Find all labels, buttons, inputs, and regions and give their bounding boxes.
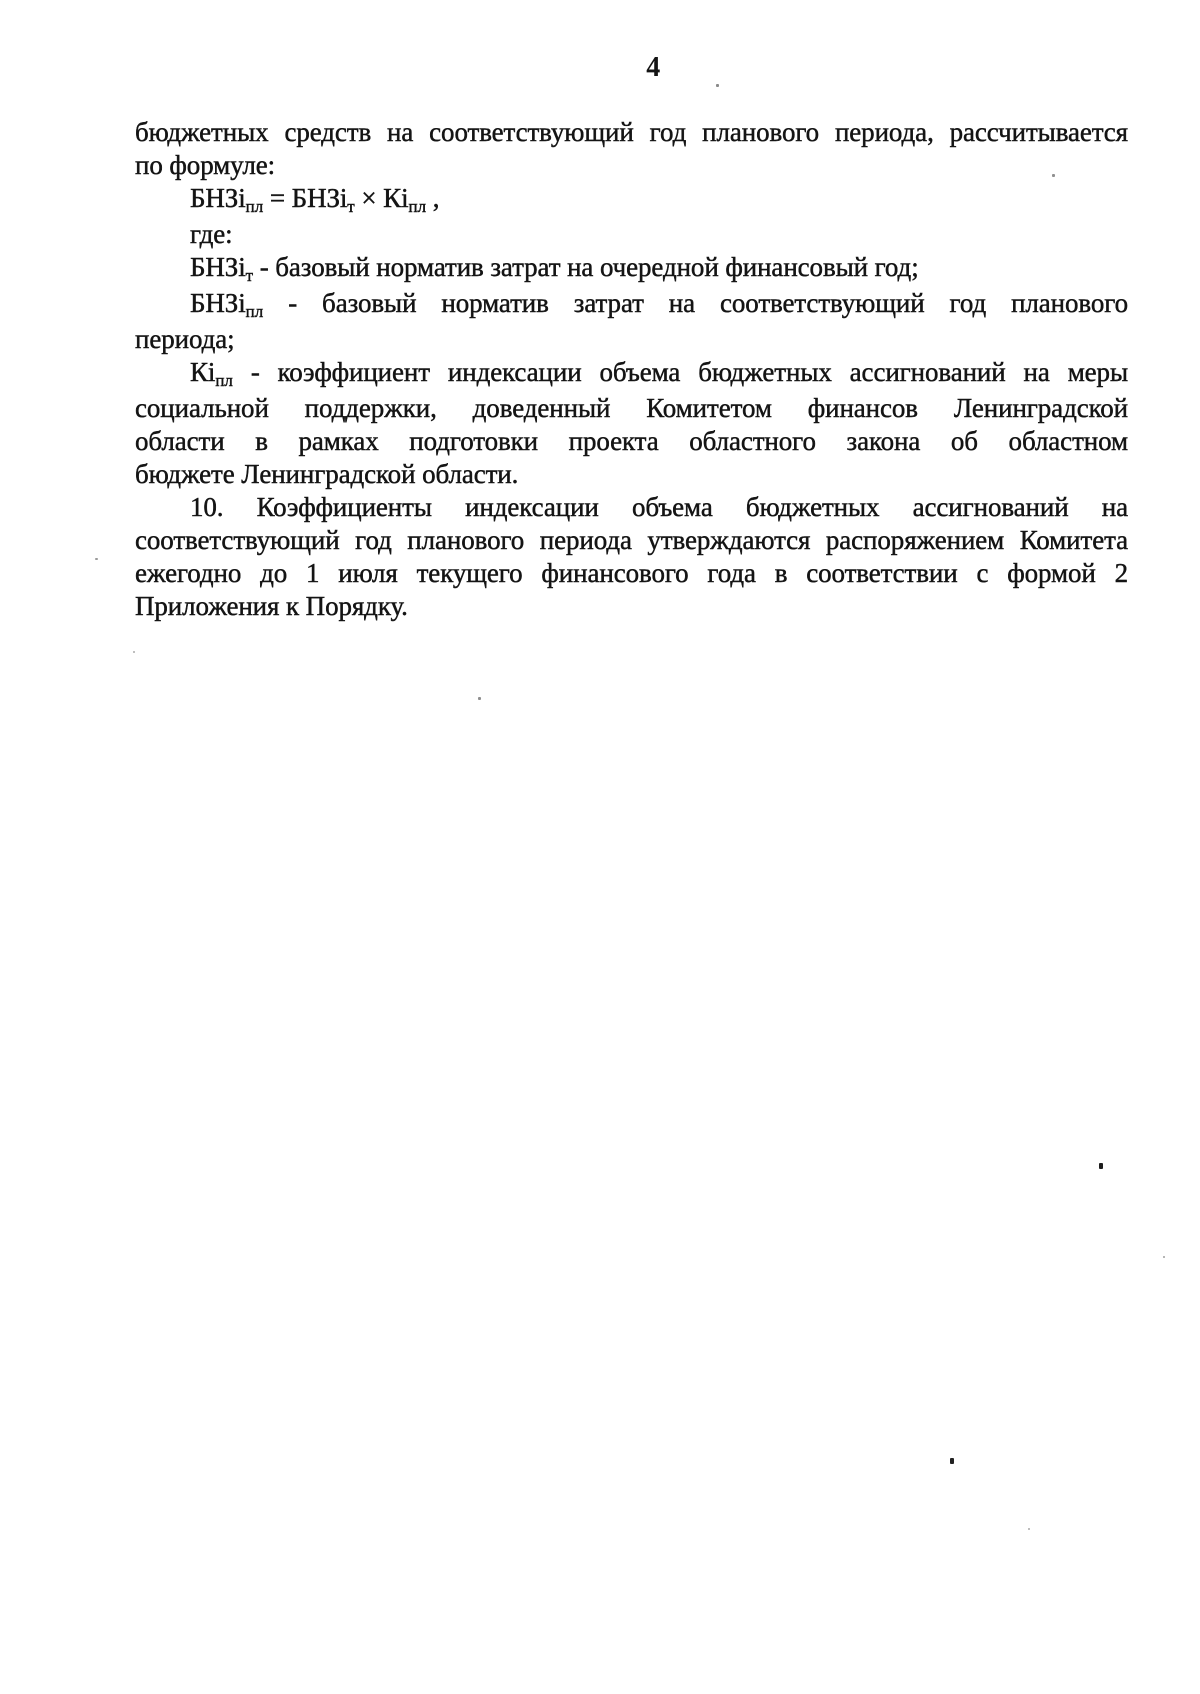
formula-subscript: пл [246, 197, 264, 216]
text-line: где: [135, 218, 1128, 251]
scan-speck [1052, 174, 1055, 177]
term: БНЗi [190, 288, 246, 318]
text-line: Приложения к Порядку. [135, 590, 1128, 623]
scan-speck [950, 1458, 954, 1464]
formula-term: × Кi [355, 183, 409, 213]
definition-line: БНЗiт - базовый норматив затрат на очере… [135, 251, 1128, 287]
definition-line: БНЗiпл - базовый норматив затрат на соот… [135, 287, 1128, 323]
term-subscript: пл [246, 302, 264, 321]
formula-line: БНЗiпл = БНЗiт × Кiпл , [135, 182, 1128, 218]
formula-subscript: т [347, 197, 354, 216]
text-line: социальной поддержки, доведенный Комитет… [135, 392, 1128, 425]
text-line: области в рамках подготовки проекта обла… [135, 425, 1128, 458]
scan-speck [1163, 1256, 1165, 1258]
scan-speck [478, 697, 481, 700]
definition-text: - базовый норматив затрат на соответству… [263, 288, 1128, 318]
text-line: 10. Коэффициенты индексации объема бюдже… [135, 491, 1128, 524]
term-subscript: т [246, 266, 253, 285]
formula-term: БНЗi [190, 183, 246, 213]
text-line: соответствующий год планового периода ут… [135, 524, 1128, 557]
definition-text: - коэффициент индексации объема бюджетны… [233, 357, 1128, 387]
text-line: ежегодно до 1 июля текущего финансового … [135, 557, 1128, 590]
formula-term: = БНЗi [263, 183, 347, 213]
definition-text: - базовый норматив затрат на очередной ф… [253, 252, 919, 282]
term-subscript: пл [215, 371, 233, 390]
scan-speck [716, 84, 719, 87]
text-line: по формуле: [135, 149, 1128, 182]
scan-speck [95, 558, 98, 560]
scan-speck [1028, 1528, 1030, 1530]
text-line: периода; [135, 323, 1128, 356]
term: Кi [190, 357, 215, 387]
formula-comma: , [426, 183, 439, 213]
document-page: 4 бюджетных средств на соответствующий г… [0, 0, 1200, 1694]
definition-line: Кiпл - коэффициент индексации объема бюд… [135, 356, 1128, 392]
formula-subscript: пл [408, 197, 426, 216]
scan-speck [133, 651, 135, 653]
text-line: бюджетных средств на соответствующий год… [135, 116, 1128, 149]
term: БНЗi [190, 252, 246, 282]
text-line: бюджете Ленинградской области. [135, 458, 1128, 491]
scan-speck [1099, 1163, 1103, 1169]
page-number: 4 [135, 52, 1150, 84]
document-text-block: бюджетных средств на соответствующий год… [135, 116, 1128, 623]
